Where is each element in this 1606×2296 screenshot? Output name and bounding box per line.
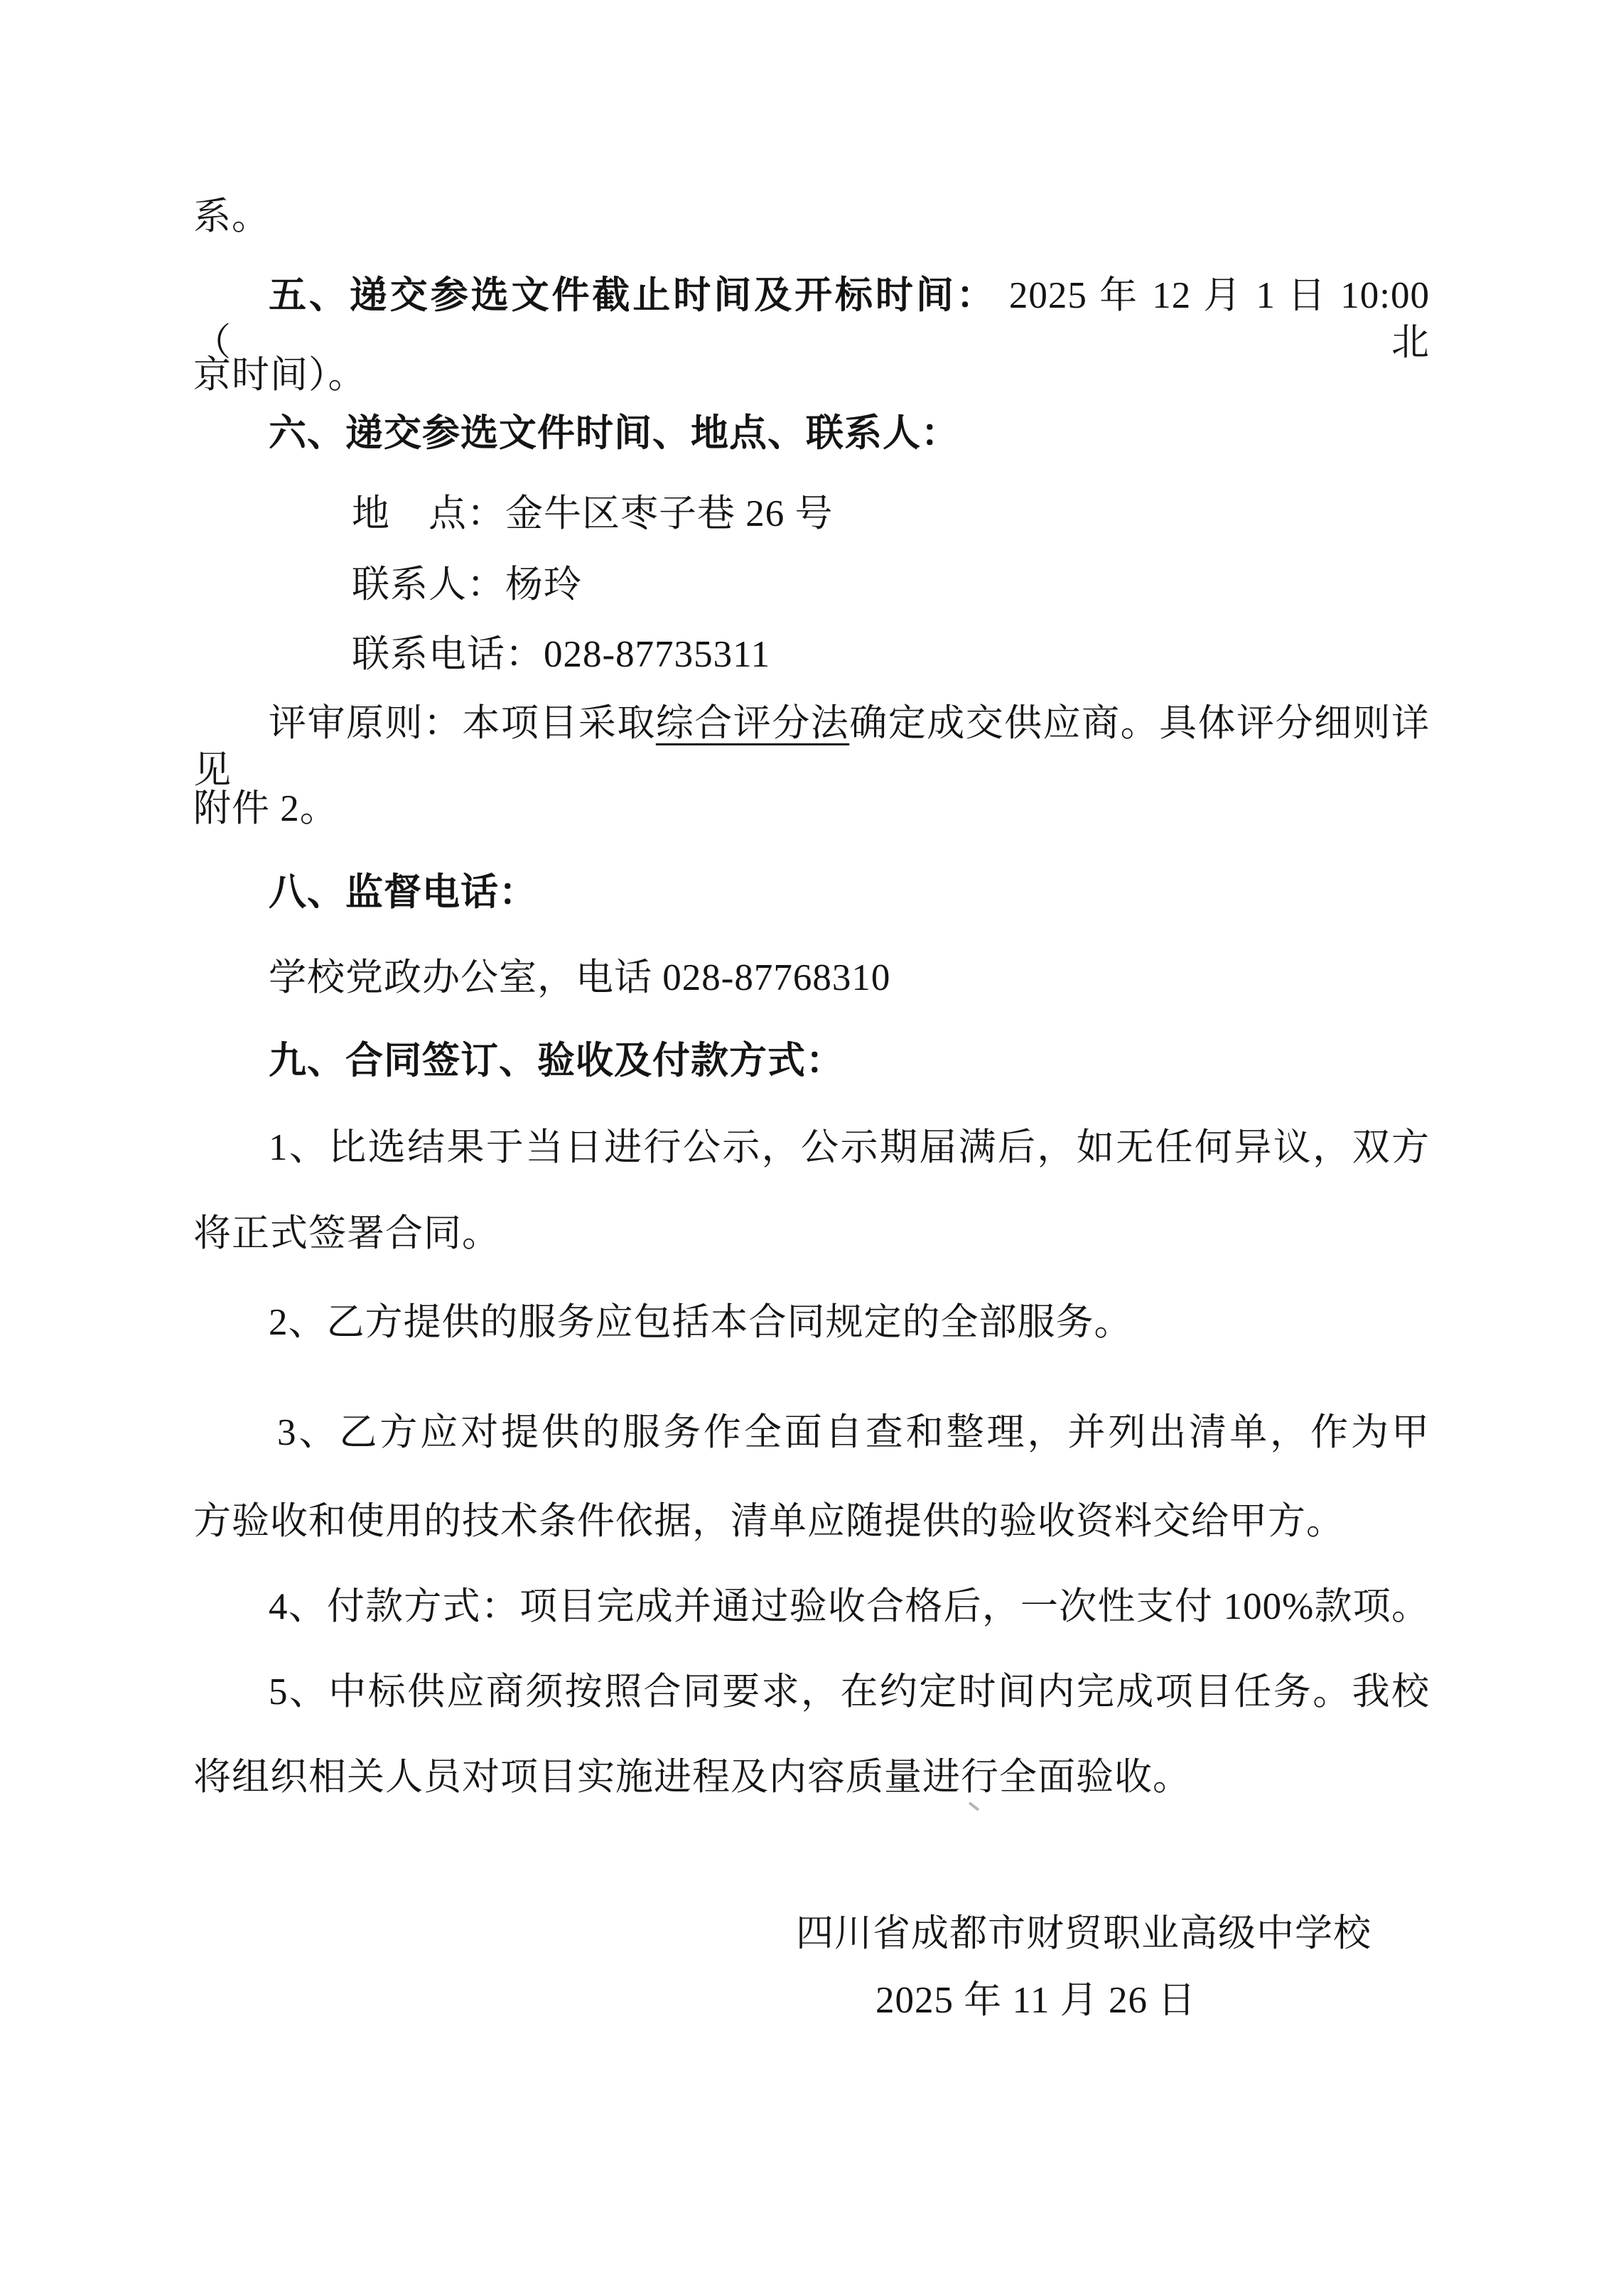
review-principle-prefix: 评审原则：本项目采取 bbox=[269, 703, 656, 744]
item5-heading: 五、递交参选文件截止时间及开标时间： bbox=[269, 275, 997, 316]
item5-line1: 五、递交参选文件截止时间及开标时间： 2025 年 12 月 1 日 10:00… bbox=[193, 272, 1430, 367]
review-principle-line2: 附件 2。 bbox=[193, 785, 338, 832]
item9-clause5-line2: 将组织相关人员对项目实施进程及内容质量进行全面验收。 bbox=[193, 1754, 1191, 1801]
item8-heading: 八、监督电话： bbox=[269, 869, 537, 916]
item9-clause3-line2: 方验收和使用的技术条件依据，清单应随提供的验收资料交给甲方。 bbox=[193, 1498, 1344, 1545]
item9-clause1-line2: 将正式签署合同。 bbox=[193, 1210, 500, 1257]
signature-date: 2025 年 11 月 26 日 bbox=[875, 1977, 1196, 2024]
item9-clause5-line1: 5、中标供应商须按照合同要求，在约定时间内完成项目任务。我校 bbox=[193, 1669, 1430, 1715]
item9-clause4: 4、付款方式：项目完成并通过验收合格后，一次性支付 100%款项。 bbox=[193, 1583, 1430, 1630]
document-page: 系。 五、递交参选文件截止时间及开标时间： 2025 年 12 月 1 日 10… bbox=[0, 0, 1606, 2296]
review-principle-method-underlined: 综合评分法 bbox=[656, 703, 849, 744]
item6-contact-phone: 联系电话：028-87735311 bbox=[352, 631, 770, 678]
item9-clause2: 2、乙方提供的服务应包括本合同规定的全部服务。 bbox=[269, 1299, 1133, 1346]
review-principle-line1: 评审原则：本项目采取综合评分法确定成交供应商。具体评分细则详见 bbox=[193, 700, 1430, 794]
item6-location: 地 点：金牛区枣子巷 26 号 bbox=[352, 490, 834, 537]
item6-heading: 六、递交参选文件时间、地点、联系人： bbox=[269, 410, 959, 457]
scan-artifact-mark bbox=[969, 1801, 980, 1811]
item5-line2: 京时间）。 bbox=[193, 352, 367, 399]
item9-clause3-line1: 3、乙方应对提供的服务作全面自查和整理，并列出清单，作为甲 bbox=[193, 1409, 1430, 1456]
item9-heading: 九、合同签订、验收及付款方式： bbox=[269, 1037, 844, 1084]
item6-contact-person: 联系人：杨玲 bbox=[352, 561, 582, 608]
item8-office-phone: 学校党政办公室，电话 028-87768310 bbox=[269, 954, 890, 1001]
signature-organization: 四川省成都市财贸职业高级中学校 bbox=[796, 1910, 1371, 1957]
item9-clause1-line1: 1、比选结果于当日进行公示，公示期届满后，如无任何异议，双方 bbox=[193, 1124, 1430, 1171]
continuation-text: 系。 bbox=[193, 193, 270, 240]
